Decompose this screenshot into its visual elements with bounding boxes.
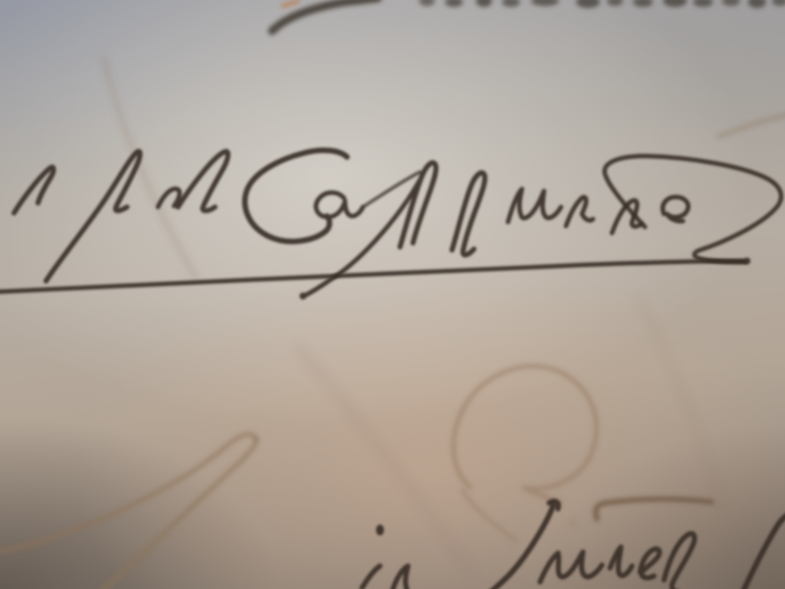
crease-marks xyxy=(104,58,720,570)
cutoff-writing-top xyxy=(272,0,378,31)
secondary-signature-oval xyxy=(454,366,597,540)
signature-underline xyxy=(0,258,751,293)
secondary-signature-loop xyxy=(0,434,256,589)
paraph-flourish xyxy=(605,114,785,262)
handwriting-svg xyxy=(0,0,785,589)
handwriting-layer xyxy=(0,0,785,589)
partial-letters-top-right xyxy=(419,0,785,8)
secondary-signature-tbar xyxy=(596,499,712,519)
photo-of-signed-document xyxy=(0,0,785,589)
